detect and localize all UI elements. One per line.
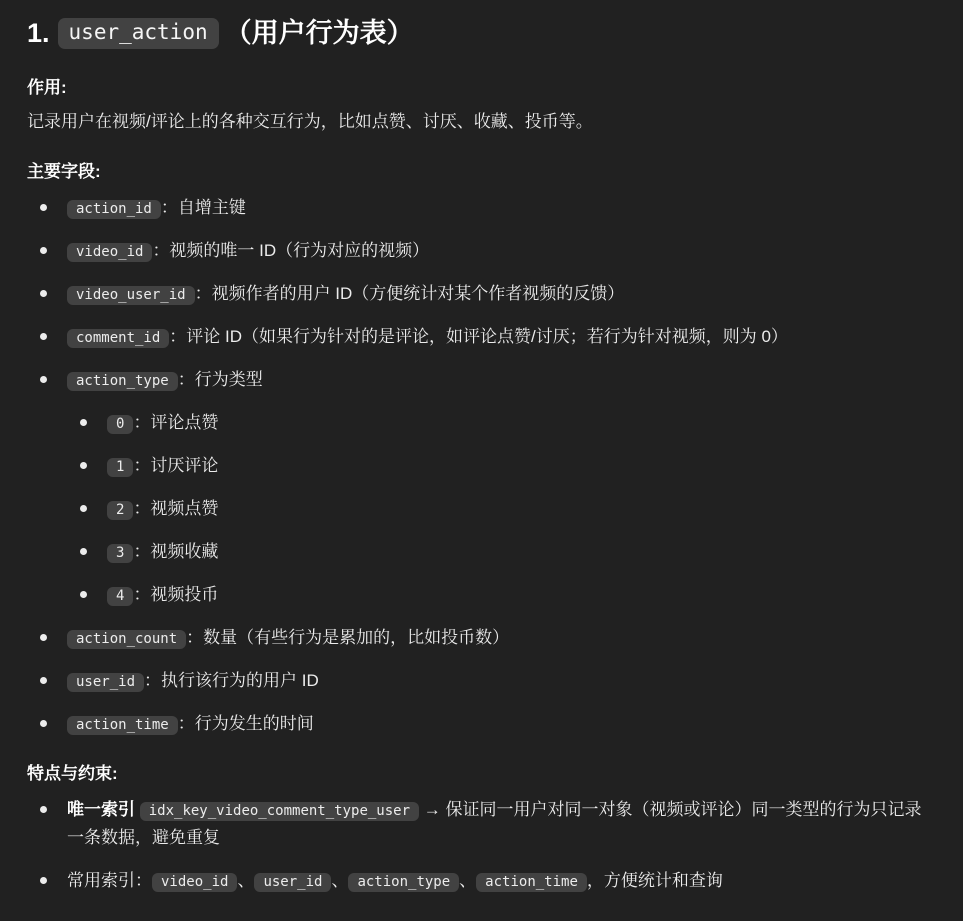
list-item: 唯一索引 idx_key_video_comment_type_user → 保… [27, 796, 935, 852]
inline-code: video_id [152, 873, 237, 892]
constraints-list: 唯一索引 idx_key_video_comment_type_user → 保… [27, 796, 935, 895]
list-item: 4：视频投币 [67, 581, 935, 609]
list-item-text: action_time：行为发生的时间 [67, 710, 935, 738]
text-run: ，方便统计和查询 [587, 871, 723, 890]
inline-code: 0 [107, 415, 133, 434]
fields-list: action_id：自增主键video_id：视频的唯一 ID（行为对应的视频）… [27, 194, 935, 738]
inline-code: comment_id [67, 329, 169, 348]
text-run: 、 [237, 871, 254, 890]
list-item-text: 4：视频投币 [107, 581, 935, 609]
text-run: ：视频作者的用户 ID（方便统计对某个作者视频的反馈） [195, 284, 625, 303]
text-run: ：数量（有些行为是累加的，比如投币数） [186, 628, 509, 647]
list-item-text: 常用索引：video_id、user_id、action_type、action… [67, 867, 935, 895]
text-run: ：视频收藏 [133, 542, 218, 561]
list-item: video_id：视频的唯一 ID（行为对应的视频） [27, 237, 935, 265]
section-label-constraints: 特点与约束: [27, 760, 935, 788]
section-label-fields: 主要字段: [27, 158, 935, 186]
list-item-text: 2：视频点赞 [107, 495, 935, 523]
list-item: 常用索引：video_id、user_id、action_type、action… [27, 867, 935, 895]
text-run: 常用索引： [67, 871, 152, 890]
list-item: 3：视频收藏 [67, 538, 935, 566]
inline-code: user_id [254, 873, 331, 892]
inline-code: 2 [107, 501, 133, 520]
text-run: ：自增主键 [161, 198, 246, 217]
list-item: action_type：行为类型0：评论点赞1：讨厌评论2：视频点赞3：视频收藏… [27, 366, 935, 609]
list-item-text: action_count：数量（有些行为是累加的，比如投币数） [67, 624, 935, 652]
inline-code: 4 [107, 587, 133, 606]
nested-list: 0：评论点赞1：讨厌评论2：视频点赞3：视频收藏4：视频投币 [67, 409, 935, 609]
inline-code: user_id [67, 673, 144, 692]
list-item-text: 0：评论点赞 [107, 409, 935, 437]
section-label-purpose: 作用: [27, 74, 935, 102]
inline-code: video_id [67, 243, 152, 262]
inline-code: 3 [107, 544, 133, 563]
list-item-text: action_id：自增主键 [67, 194, 935, 222]
purpose-text: 记录用户在视频/评论上的各种交互行为，比如点赞、讨厌、收藏、投币等。 [27, 108, 935, 136]
list-item: 2：视频点赞 [67, 495, 935, 523]
text-run: ：评论 ID（如果行为针对的是评论，如评论点赞/讨厌；若行为针对视频，则为 0） [169, 327, 788, 346]
text-run: ：行为类型 [178, 370, 263, 389]
list-item-text: video_user_id：视频作者的用户 ID（方便统计对某个作者视频的反馈） [67, 280, 935, 308]
text-run: ：视频点赞 [133, 499, 218, 518]
text-run: ：视频投币 [133, 585, 218, 604]
list-item-text: video_id：视频的唯一 ID（行为对应的视频） [67, 237, 935, 265]
list-item-text: 唯一索引 idx_key_video_comment_type_user → 保… [67, 796, 935, 852]
list-item: action_count：数量（有些行为是累加的，比如投币数） [27, 624, 935, 652]
list-item: comment_id：评论 ID（如果行为针对的是评论，如评论点赞/讨厌；若行为… [27, 323, 935, 351]
list-item-text: comment_id：评论 ID（如果行为针对的是评论，如评论点赞/讨厌；若行为… [67, 323, 935, 351]
list-item: 1：讨厌评论 [67, 452, 935, 480]
inline-code: action_type [348, 873, 459, 892]
list-item: user_id：执行该行为的用户 ID [27, 667, 935, 695]
inline-code: action_id [67, 200, 161, 219]
list-item: action_id：自增主键 [27, 194, 935, 222]
list-item: action_time：行为发生的时间 [27, 710, 935, 738]
text-run: ：视频的唯一 ID（行为对应的视频） [152, 241, 429, 260]
list-item: 0：评论点赞 [67, 409, 935, 437]
page-title: 1.user_action（用户行为表） [27, 14, 935, 52]
text-run: ：行为发生的时间 [178, 714, 314, 733]
heading-suffix: （用户行为表） [225, 18, 414, 48]
inline-code: user_action [58, 18, 219, 49]
document: 1.user_action（用户行为表） 作用: 记录用户在视频/评论上的各种交… [0, 0, 963, 895]
list-item: video_user_id：视频作者的用户 ID（方便统计对某个作者视频的反馈） [27, 280, 935, 308]
text-run: 、 [459, 871, 476, 890]
inline-code: idx_key_video_comment_type_user [140, 802, 419, 821]
list-item-text: 1：讨厌评论 [107, 452, 935, 480]
text-run: ：评论点赞 [133, 413, 218, 432]
inline-code: action_time [476, 873, 587, 892]
inline-code: action_type [67, 372, 178, 391]
heading-number: 1. [27, 18, 50, 48]
inline-code: action_time [67, 716, 178, 735]
bold-text: 唯一索引 [67, 800, 135, 819]
text-run: 、 [331, 871, 348, 890]
text-run: ：讨厌评论 [133, 456, 218, 475]
text-run: ：执行该行为的用户 ID [144, 671, 319, 690]
inline-code: 1 [107, 458, 133, 477]
inline-code: action_count [67, 630, 186, 649]
list-item-text: 3：视频收藏 [107, 538, 935, 566]
list-item-text: action_type：行为类型 [67, 366, 935, 394]
inline-code: video_user_id [67, 286, 195, 305]
list-item-text: user_id：执行该行为的用户 ID [67, 667, 935, 695]
